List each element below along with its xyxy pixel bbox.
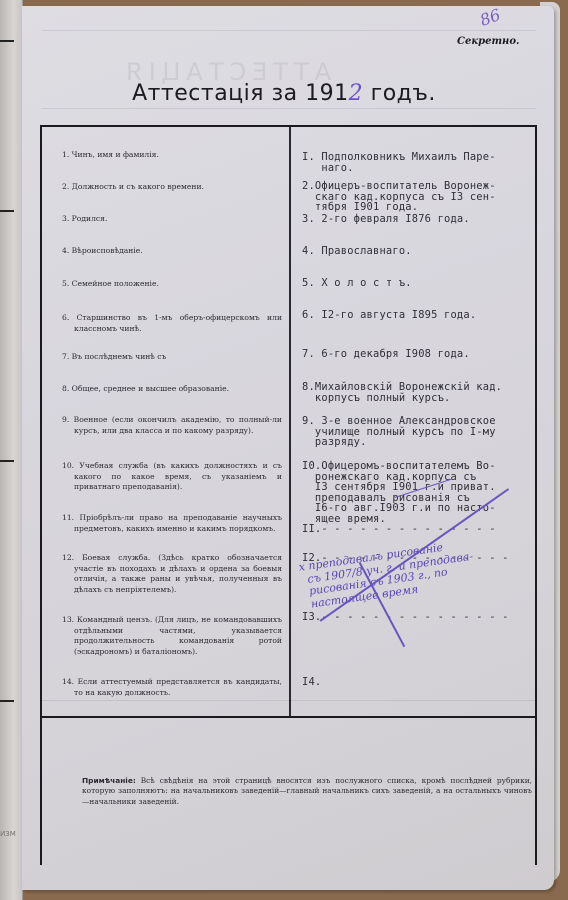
page-title: Аттестація за 1912 годъ. <box>0 81 568 106</box>
adjacent-page-stamp: ИЗМ <box>0 830 16 838</box>
binding-mark <box>0 210 14 212</box>
question-8: 8. Общее, среднее и высшее образованіе. <box>62 384 282 395</box>
answer-2: 2.Офицеръ-воспитатель Воронеж- скаго кад… <box>302 181 534 213</box>
question-9: 9. Военное (если окончилъ академію, то п… <box>62 415 282 436</box>
question-4: 4. Вѣроисповѣданіе. <box>62 246 282 257</box>
ruling-line <box>42 108 536 109</box>
table-bottom-rule <box>40 716 537 718</box>
footnote-text: Всѣ свѣдѣнія на этой страницѣ вносятся и… <box>82 776 532 806</box>
question-14: 14. Если аттестуемый представляется въ к… <box>62 677 282 698</box>
question-3: 3. Родился. <box>62 214 282 225</box>
question-5: 5. Семейное положеніе. <box>62 279 282 290</box>
column-divider <box>289 127 291 717</box>
footnote-label: Примѣчаніе: <box>82 776 136 785</box>
answer-7: 7. 6-го декабря I908 года. <box>302 349 534 360</box>
binding-mark <box>0 700 14 702</box>
title-prefix: Аттестація за 191 <box>132 81 349 106</box>
title-suffix: годъ. <box>363 81 436 106</box>
adjacent-page-edge: ИЗМ <box>0 0 23 900</box>
question-13: 13. Командный цензъ. (Для лицъ, не коман… <box>62 615 282 657</box>
answer-4: 4. Православнаго. <box>302 246 534 257</box>
question-2: 2. Должность и съ какого времени. <box>62 182 282 193</box>
binding-mark <box>0 40 14 42</box>
question-11: 11. Пріобрѣлъ-ли право на преподаваніе н… <box>62 513 282 534</box>
classification-stamp: Секретно. <box>457 36 519 47</box>
question-1: 1. Чинъ, имя и фамилія. <box>62 150 282 161</box>
answer-13: I3.- - - - - - - - - - - - - - - <box>302 612 534 623</box>
answer-8: 8.Михайловскій Воронежскій кад. корпусъ … <box>302 382 534 403</box>
answer-5: 5. Х о л о с т ъ. <box>302 278 534 289</box>
answer-6: 6. I2-го августа I895 года. <box>302 310 534 321</box>
question-10: 10. Учебная служба (въ какихъ должностях… <box>62 461 282 493</box>
footnote: Примѣчаніе: Всѣ свѣдѣнія на этой страниц… <box>82 776 532 807</box>
question-6: 6. Старшинство въ 1-мъ оберъ-офицерскомъ… <box>62 313 282 334</box>
answer-3: 3. 2-го февраля I876 года. <box>302 214 534 225</box>
answer-14: I4. <box>302 677 534 688</box>
ruling-line <box>42 30 536 31</box>
binding-mark <box>0 460 14 462</box>
answer-9: 9. 3-е военное Александровское училище п… <box>302 416 534 448</box>
answer-10: I0.Офицеромъ-воспитателемъ Во- ронежскаг… <box>302 461 534 524</box>
answer-1: I. Подполковникъ Михаилъ Паре- наго. <box>302 152 534 173</box>
question-7: 7. Въ послѣднемъ чинѣ съ <box>62 352 282 363</box>
title-year-handwritten: 2 <box>349 81 364 106</box>
question-12: 12. Боевая служба. (Здѣсь кратко обознач… <box>62 553 282 595</box>
